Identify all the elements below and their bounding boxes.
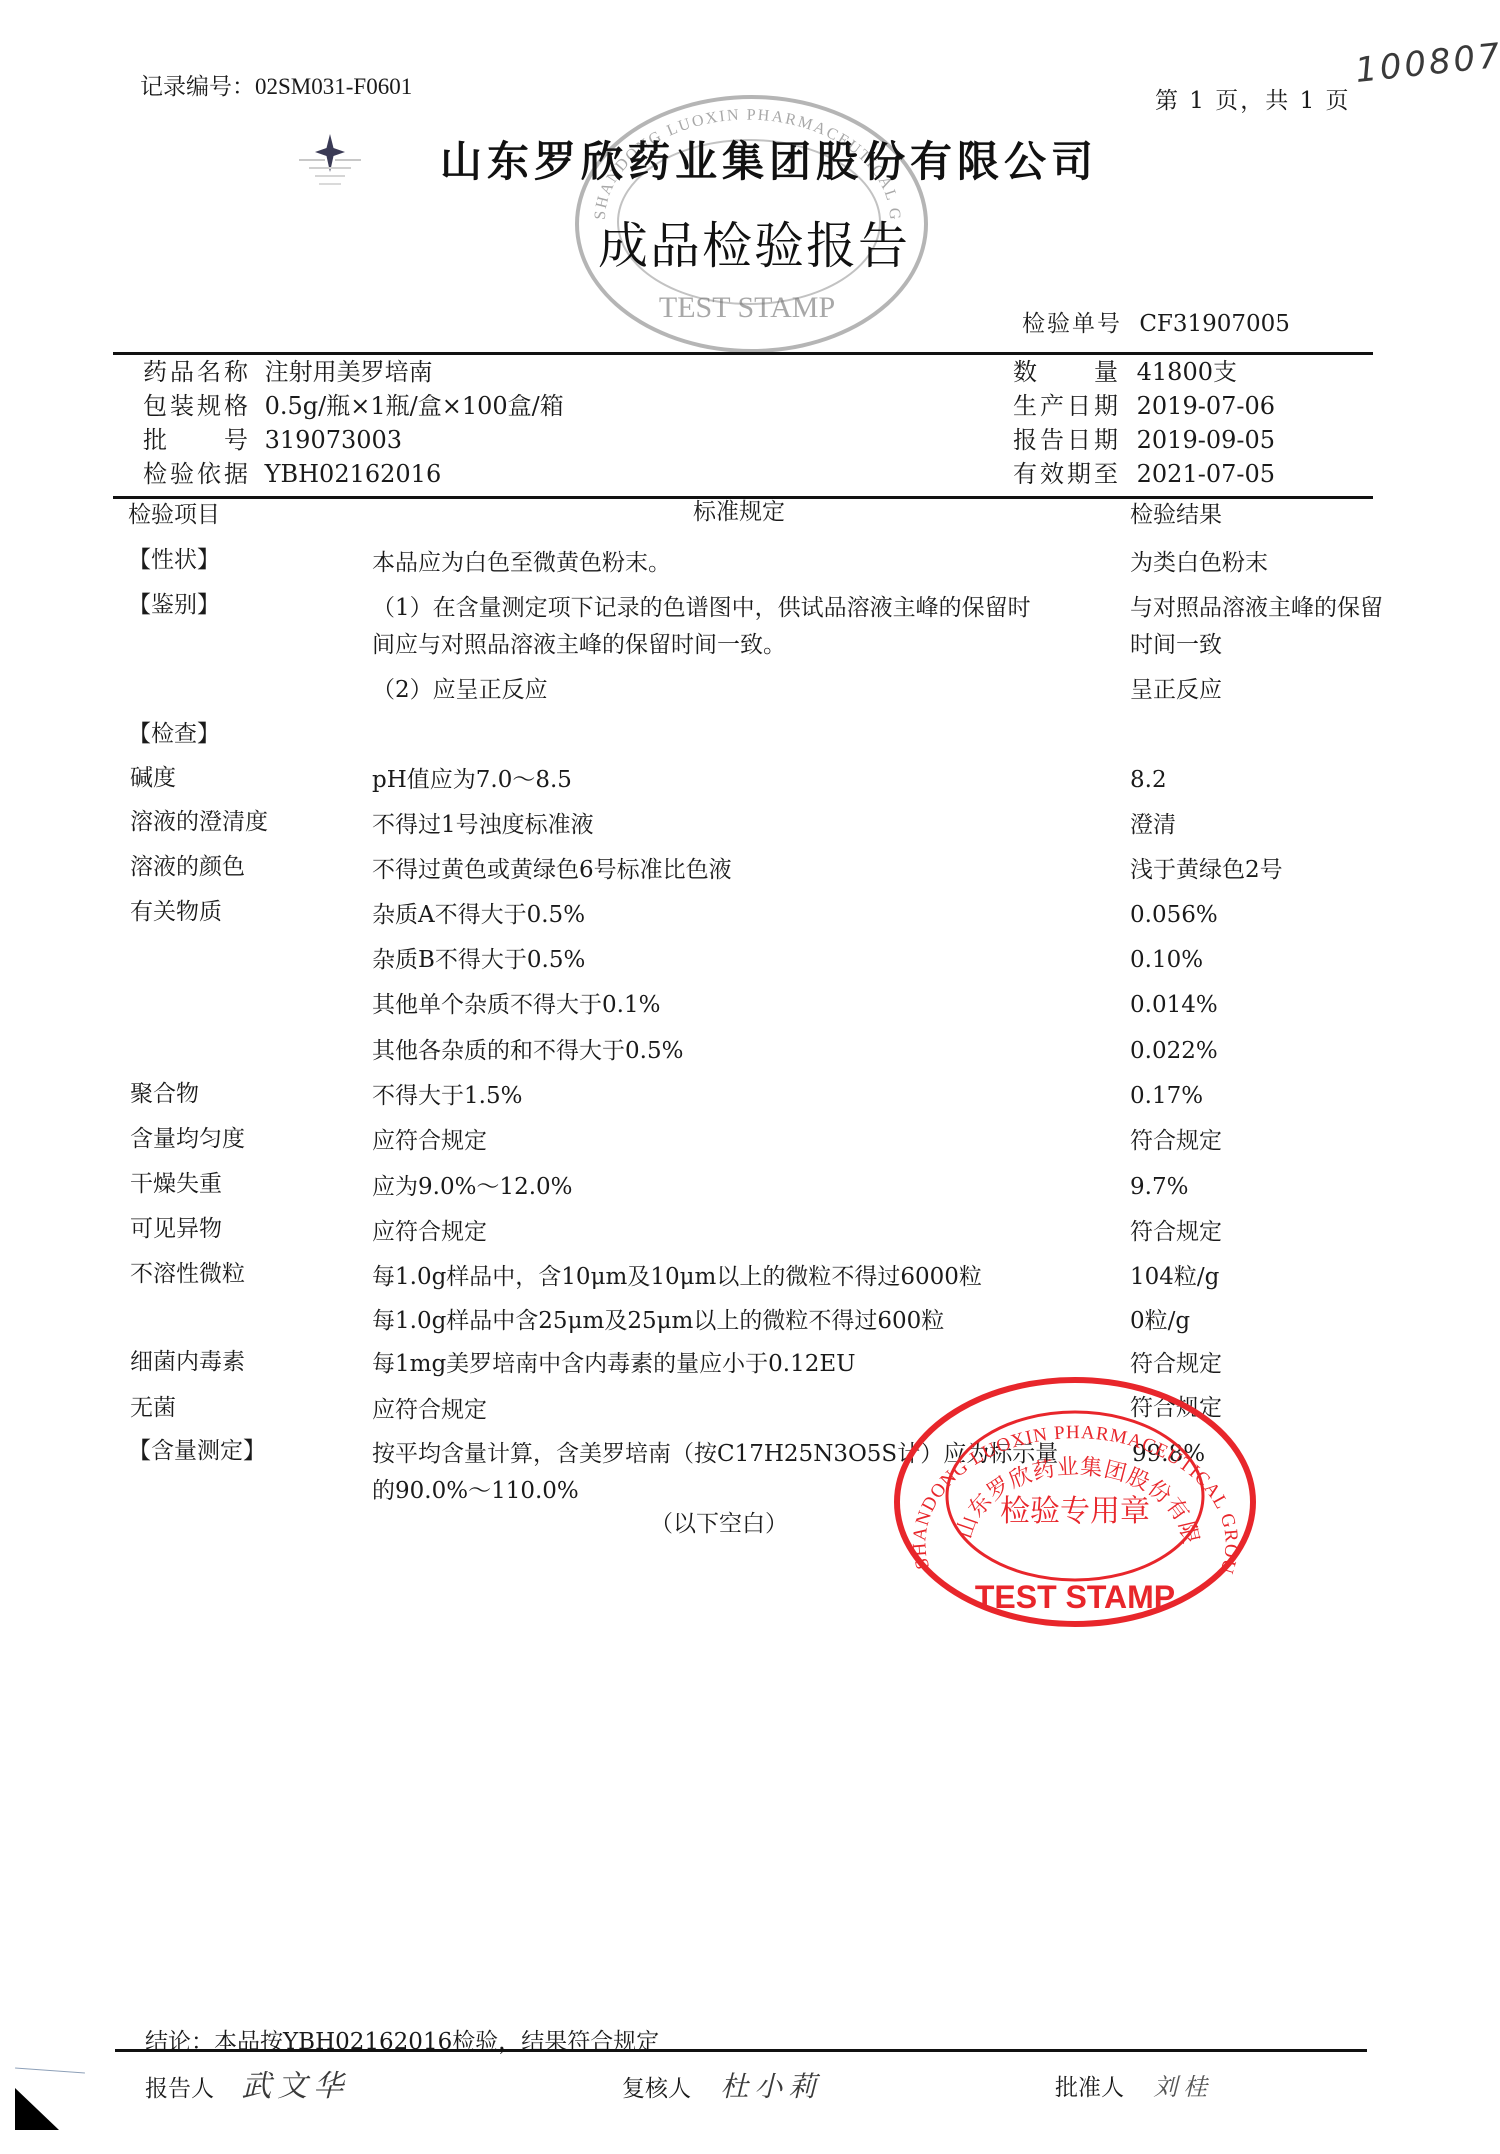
row-item: 【含量测定】 (128, 1436, 266, 1466)
info-label: 包装规格 (143, 392, 251, 420)
row-result: 0.056% (1130, 900, 1218, 930)
row-item: 溶液的澄清度 (130, 807, 268, 837)
info-row: 药品名称 注射用美罗培南 (143, 357, 433, 387)
info-value: 41800支 (1137, 358, 1237, 386)
row-item: 细菌内毒素 (130, 1347, 245, 1377)
info-value: YBH02162016 (265, 460, 442, 488)
row-result: 0.022% (1130, 1036, 1218, 1066)
row-standard: 每1mg美罗培南中含内毒素的量应小于0.12EU (372, 1349, 856, 1379)
inspection-number: 检验单号 CF31907005 (1022, 309, 1290, 339)
row-result: 8.2 (1130, 765, 1167, 795)
scan-corner-artifact (15, 2088, 59, 2130)
row-item: 溶液的颜色 (130, 852, 245, 882)
divider-top (113, 352, 1373, 355)
row-result: 浅于黄绿色2号 (1130, 855, 1283, 885)
info-label: 检验依据 (143, 460, 251, 488)
row-item: 含量均匀度 (130, 1124, 245, 1154)
row-standard: 杂质B不得大于0.5% (372, 945, 585, 975)
info-value: 319073003 (265, 426, 402, 454)
svg-text:TEST STAMP: TEST STAMP (975, 1579, 1175, 1615)
row-result: 为类白色粉末 (1130, 548, 1268, 578)
row-item: 聚合物 (130, 1079, 199, 1109)
red-test-stamp: SHANDONG LUOXIN PHARMACEUTICAL GROUP STO… (893, 1376, 1258, 1628)
info-row: 报告日期 2019-09-05 (1013, 425, 1275, 455)
column-header-result: 检验结果 (1130, 500, 1222, 530)
row-result: 澄清 (1130, 810, 1176, 840)
info-value: 2019-09-05 (1137, 426, 1275, 454)
row-result: 符合规定 (1130, 1217, 1222, 1247)
row-item: 【性状】 (128, 545, 220, 575)
signature-reviewer: 复核人 杜小莉 (622, 2072, 822, 2104)
row-result: 0.10% (1130, 945, 1203, 975)
row-standard: pH值应为7.0～8.5 (372, 765, 572, 795)
company-logo (295, 132, 365, 202)
handwritten-note: 1008075 (1353, 33, 1500, 91)
signature-handwritten: 武文华 (241, 2069, 349, 2104)
row-item: 【检查】 (128, 719, 220, 749)
info-value: 0.5g/瓶×1瓶/盒×100盒/箱 (265, 392, 564, 420)
inspection-number-label: 检验单号 (1022, 311, 1122, 337)
info-row: 有效期至 2021-07-05 (1013, 459, 1275, 489)
info-row: 包装规格 0.5g/瓶×1瓶/盒×100盒/箱 (143, 391, 564, 421)
row-item: 不溶性微粒 (130, 1259, 245, 1289)
row-result: 与对照品溶液主峰的保留 (1130, 593, 1383, 623)
scan-line-artifact (15, 2068, 85, 2074)
info-row: 生产日期 2019-07-06 (1013, 391, 1275, 421)
info-label: 数 量 (1013, 358, 1121, 386)
blank-below-note: （以下空白） (650, 1509, 788, 1539)
row-standard: 应符合规定 (372, 1126, 487, 1156)
signature-handwritten: 杜小莉 (720, 2070, 822, 2103)
column-header-item: 检验项目 (128, 500, 220, 530)
divider-bottom (115, 2049, 1367, 2052)
row-standard: （2）应呈正反应 (372, 675, 548, 705)
signature-approver: 批准人 刘桂 (1055, 2072, 1213, 2103)
row-result: 符合规定 (1130, 1126, 1222, 1156)
info-row: 批 号 319073003 (143, 425, 402, 455)
page-info: 第 1 页，共 1 页 (1155, 86, 1351, 116)
info-label: 报告日期 (1013, 426, 1121, 454)
row-result: 104粒/g (1130, 1262, 1219, 1292)
row-standard: 不得过黄色或黄绿色6号标准比色液 (372, 855, 732, 885)
record-number-label: 记录编号： (140, 74, 255, 100)
info-row: 检验依据 YBH02162016 (143, 459, 441, 489)
row-item: 碱度 (130, 763, 176, 793)
svg-text:TEST STAMP: TEST STAMP (659, 291, 835, 324)
row-result: 0粒/g (1130, 1306, 1190, 1336)
row-standard-cont: 的90.0%～110.0% (372, 1476, 579, 1506)
row-result-cont: 时间一致 (1130, 630, 1222, 660)
inspection-number-value: CF31907005 (1139, 311, 1290, 337)
info-label: 批 号 (143, 426, 251, 454)
conclusion: 结论：本品按YBH02162016检验，结果符合规定 (145, 2027, 659, 2057)
row-item: 无菌 (130, 1393, 176, 1423)
row-standard: 应符合规定 (372, 1395, 487, 1425)
row-result: 0.17% (1130, 1081, 1203, 1111)
row-item: 干燥失重 (130, 1169, 222, 1199)
row-result: 9.7% (1130, 1172, 1188, 1202)
row-result: 呈正反应 (1130, 675, 1222, 705)
row-standard: 应为9.0%～12.0% (372, 1172, 573, 1202)
row-standard: 不得大于1.5% (372, 1081, 522, 1111)
row-standard: 每1.0g样品中，含10μm及10μm以上的微粒不得过6000粒 (372, 1262, 982, 1292)
record-number-value: 02SM031-F0601 (255, 74, 412, 99)
row-item: 【鉴别】 (128, 590, 220, 620)
info-label: 药品名称 (143, 358, 251, 386)
row-result: 符合规定 (1130, 1349, 1222, 1379)
signature-label: 复核人 (622, 2076, 691, 2102)
row-standard: 杂质A不得大于0.5% (372, 900, 585, 930)
row-standard: 应符合规定 (372, 1217, 487, 1247)
row-standard: 其他各杂质的和不得大于0.5% (372, 1036, 683, 1066)
company-name: 山东罗欣药业集团股份有限公司 (440, 136, 1098, 188)
row-standard-cont: 间应与对照品溶液主峰的保留时间一致。 (372, 630, 786, 660)
info-value: 2019-07-06 (1137, 392, 1275, 420)
row-item: 有关物质 (130, 897, 222, 927)
row-standard: 本品应为白色至微黄色粉末。 (372, 548, 671, 578)
signature-reporter: 报告人 武文华 (145, 2072, 349, 2104)
info-row: 数 量 41800支 (1013, 357, 1237, 387)
info-value: 注射用美罗培南 (265, 358, 433, 386)
svg-text:检验专用章: 检验专用章 (1000, 1494, 1150, 1529)
signature-label: 报告人 (145, 2076, 214, 2102)
column-header-standard: 标准规定 (693, 497, 785, 527)
star-logo-icon (295, 132, 365, 202)
signature-label: 批准人 (1055, 2075, 1124, 2101)
record-number: 记录编号：02SM031-F0601 (140, 72, 412, 102)
row-standard: 不得过1号浊度标准液 (372, 810, 594, 840)
row-standard: 每1.0g样品中含25μm及25μm以上的微粒不得过600粒 (372, 1306, 944, 1336)
row-item: 可见异物 (130, 1214, 222, 1244)
red-stamp-icon: SHANDONG LUOXIN PHARMACEUTICAL GROUP STO… (893, 1376, 1258, 1628)
signature-handwritten: 刘桂 (1153, 2073, 1213, 2101)
info-label: 生产日期 (1013, 392, 1121, 420)
row-standard: 其他单个杂质不得大于0.1% (372, 990, 660, 1020)
info-label: 有效期至 (1013, 460, 1121, 488)
report-title: 成品检验报告 (598, 215, 910, 277)
row-standard: （1）在含量测定项下记录的色谱图中，供试品溶液主峰的保留时 (372, 593, 1031, 623)
row-result: 0.014% (1130, 990, 1218, 1020)
info-value: 2021-07-05 (1137, 460, 1275, 488)
